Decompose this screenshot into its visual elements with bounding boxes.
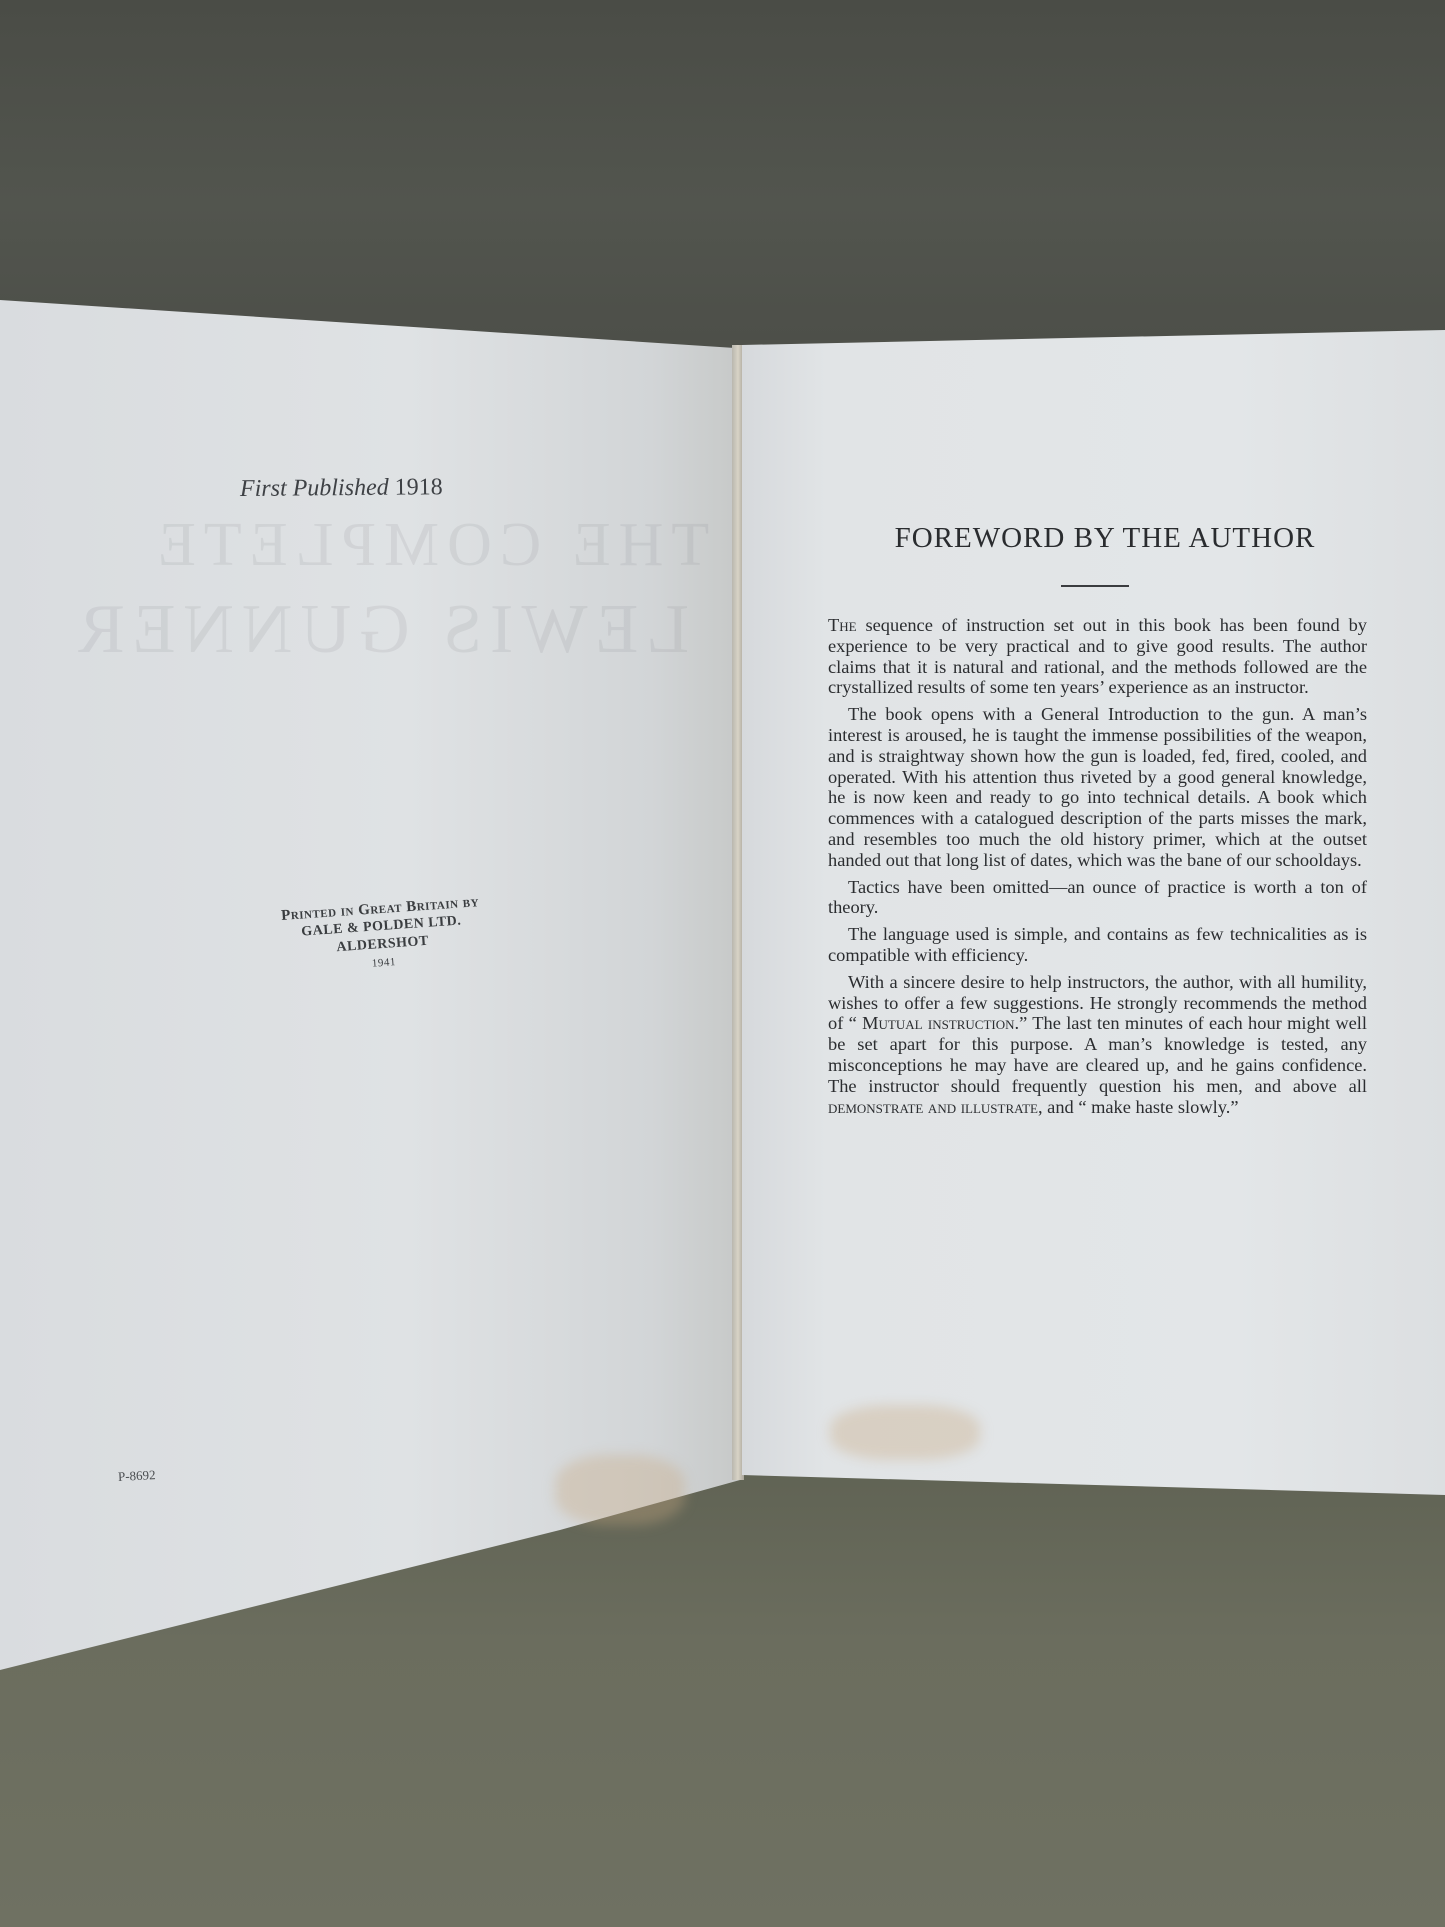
emphasis-mutual-instruction: Mutual instruction. (862, 1013, 1019, 1033)
show-through-line-2: LEWIS GUNNER (70, 590, 689, 670)
paragraph-2: The book opens with a General Introducti… (828, 704, 1367, 870)
show-through-line-1: THE COMPLETE (150, 510, 709, 581)
paragraph-5: With a sincere desire to help instructor… (828, 972, 1367, 1118)
title-rule-divider (1061, 585, 1129, 587)
emphasis-demonstrate: demonstrate and illustrate (828, 1097, 1038, 1117)
paragraph-1: The sequence of instruction set out in t… (828, 615, 1367, 698)
paper-stain (555, 1455, 685, 1525)
paragraph-text: , and “ make haste slowly.” (1038, 1097, 1239, 1117)
print-code: P-8692 (118, 1467, 156, 1485)
foreword-body: The sequence of instruction set out in t… (828, 615, 1367, 1123)
page-title: FOREWORD BY THE AUTHOR (845, 522, 1365, 555)
paper-stain (830, 1405, 980, 1460)
paragraph-3: Tactics have been omitted—an ounce of pr… (828, 877, 1367, 919)
paragraph-text: sequence of instruction set out in this … (828, 615, 1367, 697)
first-published-line: First Published 1918 (240, 474, 470, 503)
first-published-label: First Published (240, 475, 389, 502)
lead-caps: The (828, 615, 857, 635)
first-published-year: 1918 (395, 474, 443, 500)
paragraph-4: The language used is simple, and contain… (828, 924, 1367, 966)
dark-cloth-background (0, 0, 1445, 340)
